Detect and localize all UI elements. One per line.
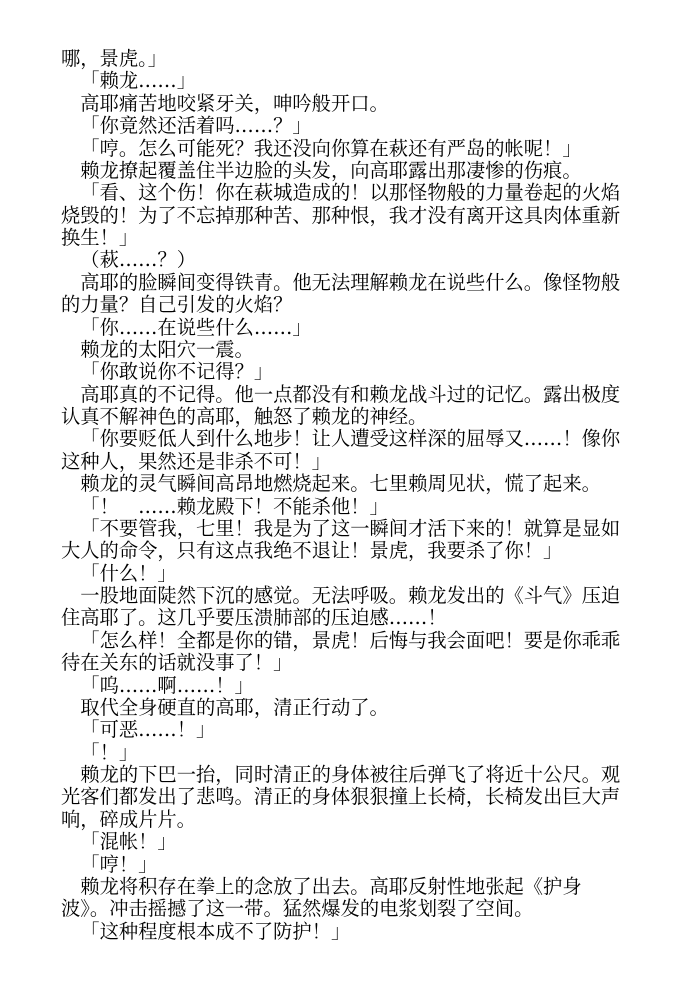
text-line: 的力量？自己引发的火焰？: [61, 294, 626, 316]
paragraph: 「你要贬低人到什么地步！让人遭受这样深的屈辱又……！像你 这种人，果然还是非杀不…: [61, 428, 626, 473]
text-line: 赖龙的太阳穴一震。: [61, 339, 626, 361]
paragraph: 高耶痛苦地咬紧牙关，呻吟般开口。: [61, 93, 626, 115]
text-line: 光客们都发出了悲鸣。清正的身体狠狠撞上长椅，长椅发出巨大声: [61, 786, 626, 808]
text-line: 待在关东的话就没事了！」: [61, 652, 626, 674]
text-line: 「你敢说你不记得？」: [61, 361, 626, 383]
text-line: 「不要管我，七里！我是为了这一瞬间才活下来的！就算是显如: [61, 518, 626, 540]
paragraph: 取代全身硬直的高耶，清正行动了。: [61, 697, 626, 719]
text-line: 一股地面陡然下沉的感觉。无法呼吸。赖龙发出的《斗气》压迫: [61, 585, 626, 607]
paragraph: 「哼。怎么可能死？我还没向你算在萩还有严岛的帐呢！」: [61, 138, 626, 160]
text-line: 哪，景虎。」: [61, 48, 626, 70]
paragraph: 「你竟然还活着吗……？」: [61, 115, 626, 137]
text-line: 这种人，果然还是非杀不可！」: [61, 451, 626, 473]
text-line: 赖龙的下巴一抬，同时清正的身体被往后弹飞了将近十公尺。观: [61, 764, 626, 786]
text-line: 住高耶了。这几乎要压溃肺部的压迫感……！: [61, 607, 626, 629]
text-line: 「什么！」: [61, 563, 626, 585]
text-line: 「哼！」: [61, 854, 626, 876]
novel-page-text: 哪，景虎。」 「赖龙……」 高耶痛苦地咬紧牙关，呻吟般开口。 「你竟然还活着吗……: [61, 48, 626, 943]
text-line: 响，碎成片片。: [61, 809, 626, 831]
text-line: 「！」: [61, 742, 626, 764]
paragraph: 「混帐！」: [61, 831, 626, 853]
paragraph: 「可恶……！」: [61, 719, 626, 741]
text-line: 取代全身硬直的高耶，清正行动了。: [61, 697, 626, 719]
paragraph: 「看、这个伤！你在萩城造成的！以那怪物般的力量卷起的火焰 烧毁的！为了不忘掉那种…: [61, 182, 626, 249]
text-line: 烧毁的！为了不忘掉那种苦、那种恨，我才没有离开这具肉体重新: [61, 205, 626, 227]
paragraph: 「怎么样！全都是你的错，景虎！后悔与我会面吧！要是你乖乖 待在关东的话就没事了！…: [61, 630, 626, 675]
text-line: 「混帐！」: [61, 831, 626, 853]
text-line: 高耶真的不记得。他一点都没有和赖龙战斗过的记忆。露出极度: [61, 384, 626, 406]
text-line: 大人的命令，只有这点我绝不退让！景虎，我要杀了你！」: [61, 540, 626, 562]
paragraph: 一股地面陡然下沉的感觉。无法呼吸。赖龙发出的《斗气》压迫 住高耶了。这几乎要压溃…: [61, 585, 626, 630]
paragraph: 赖龙的下巴一抬，同时清正的身体被往后弹飞了将近十公尺。观 光客们都发出了悲鸣。清…: [61, 764, 626, 831]
paragraph: 「什么！」: [61, 563, 626, 585]
text-line: 认真不解神色的高耶，触怒了赖龙的神经。: [61, 406, 626, 428]
paragraph: 「！」: [61, 742, 626, 764]
paragraph: 赖龙的太阳穴一震。: [61, 339, 626, 361]
text-line: 「看、这个伤！你在萩城造成的！以那怪物般的力量卷起的火焰: [61, 182, 626, 204]
text-line: 「你要贬低人到什么地步！让人遭受这样深的屈辱又……！像你: [61, 428, 626, 450]
paragraph: 「这种程度根本成不了防护！」: [61, 921, 626, 943]
paragraph: 赖龙撩起覆盖住半边脸的头发，向高耶露出那凄惨的伤痕。: [61, 160, 626, 182]
paragraph: 高耶真的不记得。他一点都没有和赖龙战斗过的记忆。露出极度 认真不解神色的高耶，触…: [61, 384, 626, 429]
paragraph: 高耶的脸瞬间变得铁青。他无法理解赖龙在说些什么。像怪物般 的力量？自己引发的火焰…: [61, 272, 626, 317]
text-line: 「你竟然还活着吗……？」: [61, 115, 626, 137]
text-line: 「！ ……赖龙殿下！不能杀他！」: [61, 496, 626, 518]
text-line: （萩……？）: [61, 249, 626, 271]
paragraph: 赖龙将积存在拳上的念放了出去。高耶反射性地张起《护身 波》。冲击摇撼了这一带。猛…: [61, 876, 626, 921]
paragraph: （萩……？）: [61, 249, 626, 271]
paragraph: 「赖龙……」: [61, 70, 626, 92]
paragraph: 「呜……啊……！」: [61, 675, 626, 697]
text-line: 赖龙的灵气瞬间高昂地燃烧起来。七里赖周见状，慌了起来。: [61, 473, 626, 495]
paragraph: 「！ ……赖龙殿下！不能杀他！」: [61, 496, 626, 518]
paragraph: 「你……在说些什么……」: [61, 317, 626, 339]
paragraph: 「你敢说你不记得？」: [61, 361, 626, 383]
paragraph: 「哼！」: [61, 854, 626, 876]
text-line: 高耶痛苦地咬紧牙关，呻吟般开口。: [61, 93, 626, 115]
text-line: 赖龙撩起覆盖住半边脸的头发，向高耶露出那凄惨的伤痕。: [61, 160, 626, 182]
paragraph: 赖龙的灵气瞬间高昂地燃烧起来。七里赖周见状，慌了起来。: [61, 473, 626, 495]
text-line: 「可恶……！」: [61, 719, 626, 741]
text-line: 高耶的脸瞬间变得铁青。他无法理解赖龙在说些什么。像怪物般: [61, 272, 626, 294]
text-line: 「呜……啊……！」: [61, 675, 626, 697]
text-line: 波》。冲击摇撼了这一带。猛然爆发的电浆划裂了空间。: [61, 898, 626, 920]
text-line: 换生！」: [61, 227, 626, 249]
paragraph: 「不要管我，七里！我是为了这一瞬间才活下来的！就算是显如 大人的命令，只有这点我…: [61, 518, 626, 563]
text-line: 「怎么样！全都是你的错，景虎！后悔与我会面吧！要是你乖乖: [61, 630, 626, 652]
text-line: 「哼。怎么可能死？我还没向你算在萩还有严岛的帐呢！」: [61, 138, 626, 160]
text-line: 「你……在说些什么……」: [61, 317, 626, 339]
text-line: 「这种程度根本成不了防护！」: [61, 921, 626, 943]
text-line: 「赖龙……」: [61, 70, 626, 92]
paragraph-continued: 哪，景虎。」: [61, 48, 626, 70]
text-line: 赖龙将积存在拳上的念放了出去。高耶反射性地张起《护身: [61, 876, 626, 898]
